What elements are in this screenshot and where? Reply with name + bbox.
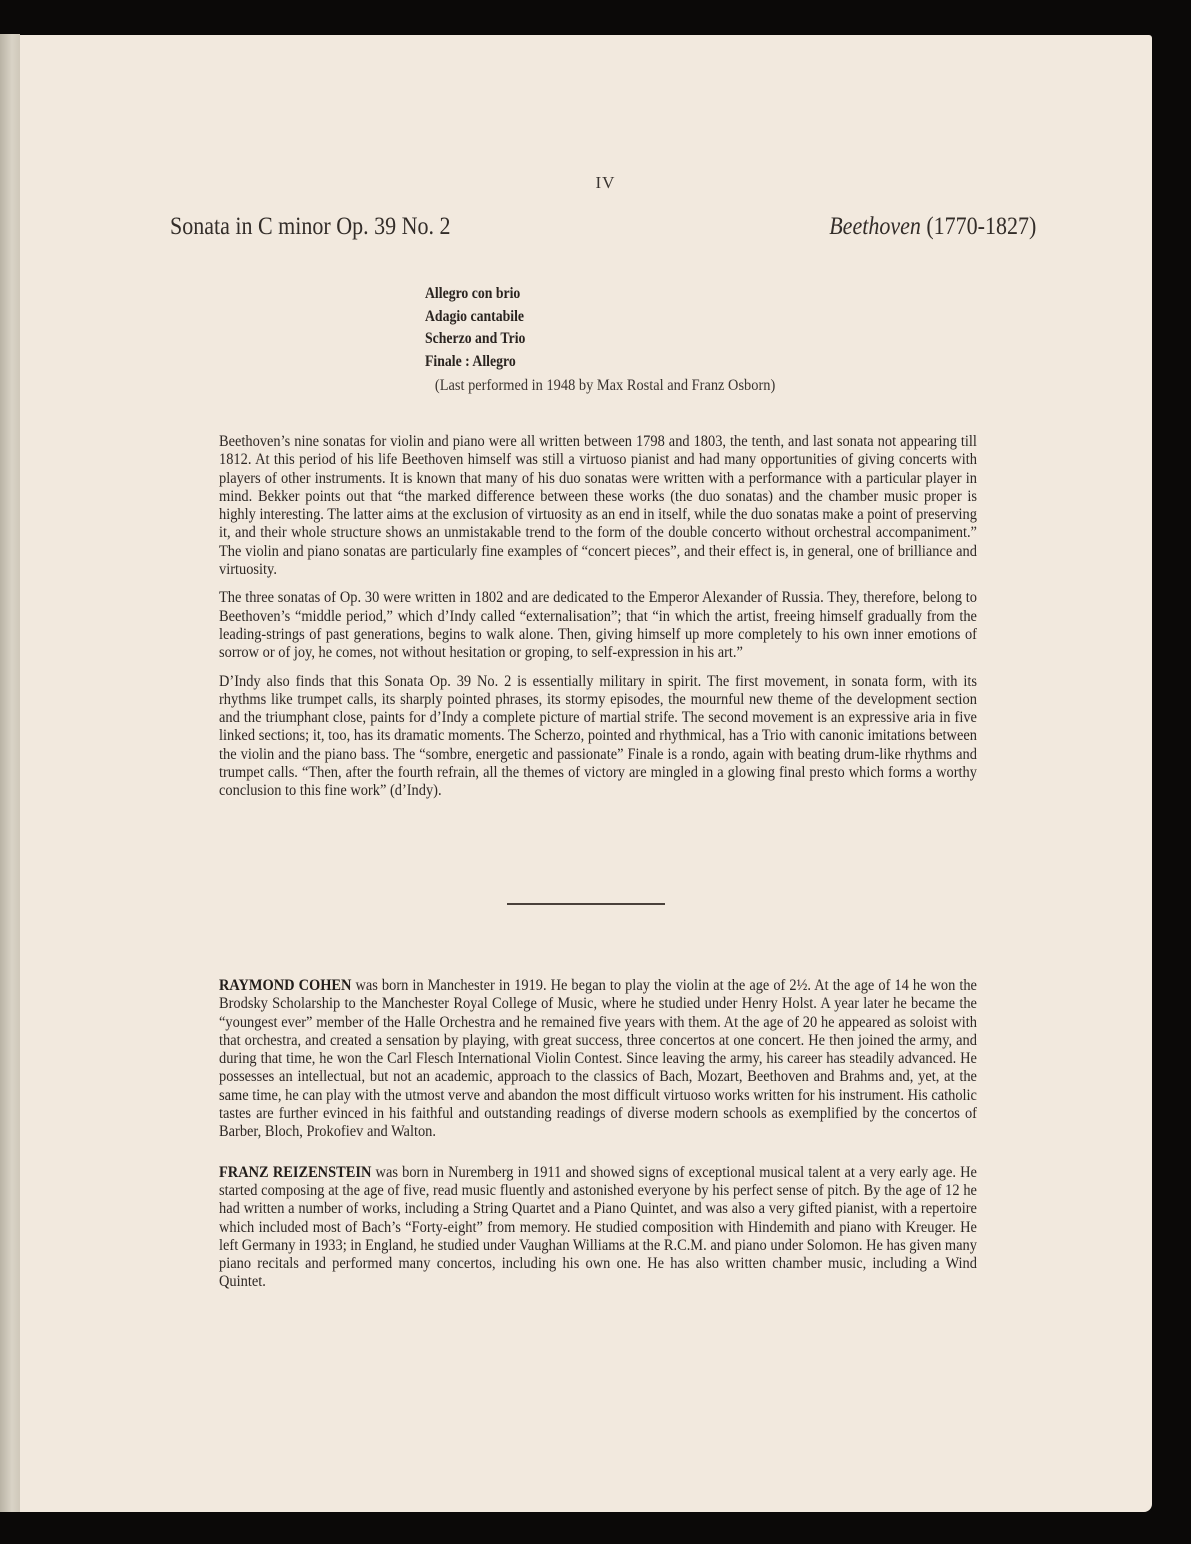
notes-paragraph: D’Indy also finds that this Sonata Op. 3… (219, 673, 977, 801)
last-performed-note: (Last performed in 1948 by Max Rostal an… (20, 377, 1191, 395)
composer-dates: (1770-1827) (926, 213, 1036, 240)
movement-item: Scherzo and Trio (425, 328, 525, 351)
movement-item: Allegro con brio (425, 283, 525, 306)
composer-name: Beethoven (829, 213, 921, 240)
notes-paragraph: The three sonatas of Op. 30 were written… (219, 589, 977, 662)
biography-paragraph: FRANZ REIZENSTEIN was born in Nuremberg … (219, 1164, 977, 1292)
movement-list: Allegro con brio Adagio cantabile Scherz… (425, 283, 542, 373)
work-heading: Sonata in C minor Op. 39 No. 2 Beethoven… (170, 213, 1036, 241)
movement-item: Adagio cantabile (425, 306, 525, 329)
biography-paragraph: RAYMOND COHEN was born in Manchester in … (219, 977, 977, 1142)
performer-biographies: RAYMOND COHEN was born in Manchester in … (219, 977, 977, 1314)
performer-name: FRANZ REIZENSTEIN (219, 1164, 371, 1181)
movement-item: Finale : Allegro (425, 351, 525, 374)
programme-page: IV Sonata in C minor Op. 39 No. 2 Beetho… (20, 35, 1152, 1512)
section-divider (507, 903, 665, 905)
book-binding-edge (0, 34, 20, 1512)
notes-paragraph: Beethoven’s nine sonatas for violin and … (219, 433, 977, 579)
composer-credit: Beethoven (1770-1827) (829, 213, 1036, 241)
work-title: Sonata in C minor Op. 39 No. 2 (170, 213, 451, 241)
section-numeral: IV (20, 173, 1191, 193)
performer-name: RAYMOND COHEN (219, 977, 351, 994)
programme-notes: Beethoven’s nine sonatas for violin and … (219, 433, 977, 811)
